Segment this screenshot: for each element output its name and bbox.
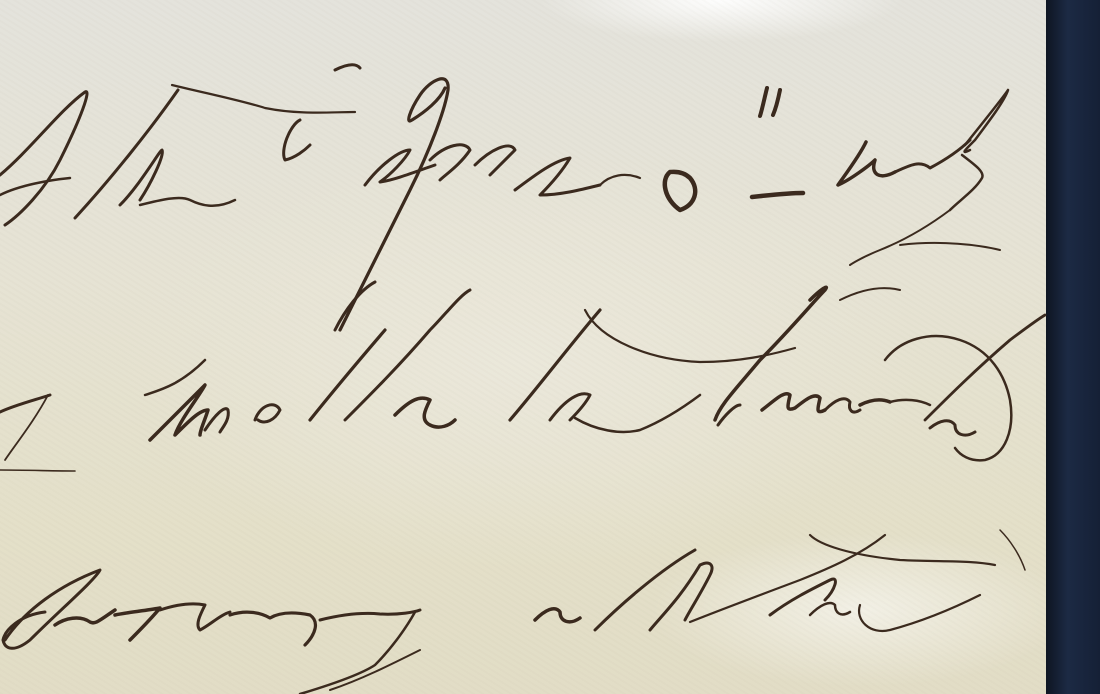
handwriting-line-1 xyxy=(0,65,1008,330)
dark-backing-edge xyxy=(1046,0,1100,694)
handwriting-line-3 xyxy=(3,530,1025,694)
handwriting-ink xyxy=(0,0,1048,694)
handwriting-line-2 xyxy=(0,282,1045,471)
photo-stage: of the "Jaguar" — only make the Summit l… xyxy=(0,0,1100,694)
